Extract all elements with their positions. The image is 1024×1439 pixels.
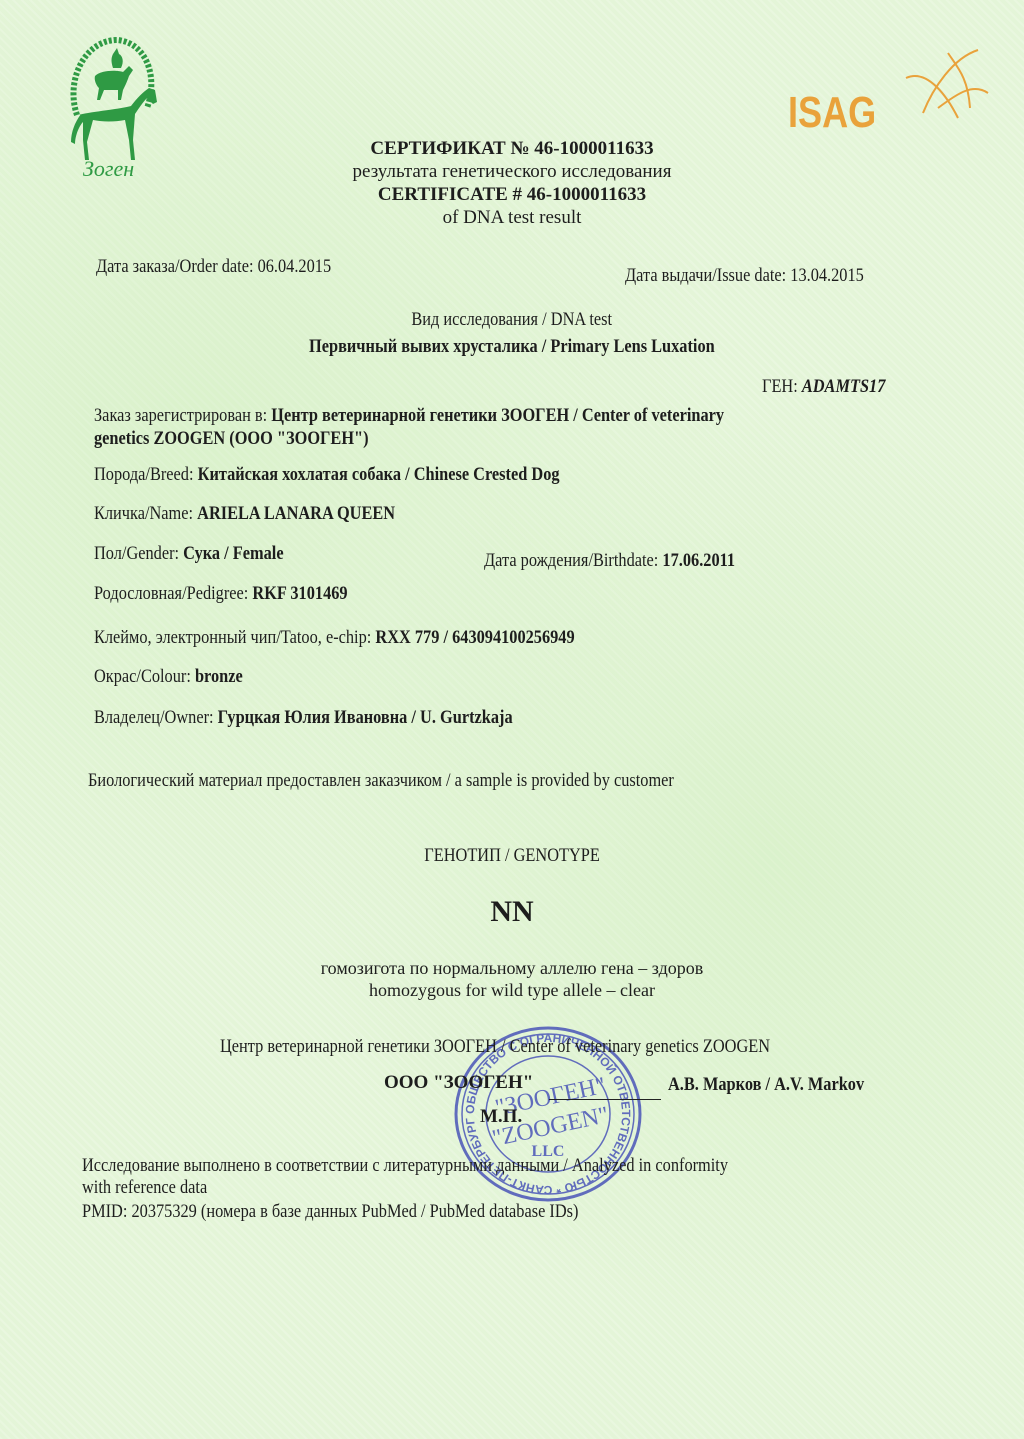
order-date-value: 06.04.2015 — [258, 256, 332, 277]
genotype-description-en: homozygous for wild type allele – clear — [0, 979, 1024, 1001]
issue-date: Дата выдачи/Issue date: 13.04.2015 — [625, 265, 903, 287]
name-value: ARIELA LANARA QUEEN — [197, 503, 395, 524]
dna-helix-icon — [898, 38, 998, 128]
signature-org: ООО "ЗООГЕН" — [384, 1072, 533, 1094]
genotype-description: гомозигота по нормальному аллелю гена – … — [0, 957, 1024, 1001]
gender: Пол/Gender: Сука / Female — [94, 543, 314, 565]
breed-label: Порода/Breed: — [94, 464, 194, 485]
birthdate-label: Дата рождения/Birthdate: — [484, 550, 658, 571]
signature-signer: А.В. Марков / A.V. Markov — [668, 1074, 896, 1096]
isag-logo: ISAG — [788, 50, 998, 150]
owner-value: Гурцкая Юлия Ивановна / U. Gurtzkaja — [218, 707, 513, 728]
dna-test-name: Первичный вывих хрусталика / Primary Len… — [0, 336, 1024, 358]
certificate-header: СЕРТИФИКАТ № 46-1000011633 результата ге… — [0, 137, 1024, 229]
breed-value: Китайская хохлатая собака / Chinese Cres… — [198, 464, 560, 485]
gender-value: Сука / Female — [183, 543, 283, 564]
colour: Окрас/Colour: bronze — [94, 666, 267, 688]
colour-value: bronze — [195, 666, 243, 687]
breed: Порода/Breed: Китайская хохлатая собака … — [94, 464, 635, 486]
gene-label: ГЕН: — [762, 376, 798, 397]
genotype-value: NN — [0, 895, 1024, 929]
order-date-label: Дата заказа/Order date: — [96, 256, 254, 277]
certificate-subtitle-ru: результата генетического исследования — [0, 160, 1024, 183]
name-label: Кличка/Name: — [94, 503, 193, 524]
certificate-number-ru: СЕРТИФИКАТ № 46-1000011633 — [0, 137, 1024, 160]
dna-test-type: Вид исследования / DNA test — [0, 309, 1024, 331]
signature-center: Центр ветеринарной генетики ЗООГЕН / Cen… — [220, 1036, 860, 1058]
signature-line — [549, 1099, 661, 1100]
certificate-subtitle-en: of DNA test result — [0, 206, 1024, 229]
pmid-reference: PMID: 20375329 (номера в базе данных Pub… — [82, 1201, 659, 1223]
sample-note: Биологический материал предоставлен зака… — [88, 770, 769, 792]
pedigree: Родословная/Pedigree: RKF 3101469 — [94, 583, 389, 605]
registered-at: Заказ зарегистрирован в: Центр ветеринар… — [94, 404, 827, 450]
genotype-heading: ГЕНОТИП / GENOTYPE — [0, 845, 1024, 867]
gene-value: ADAMTS17 — [802, 376, 886, 397]
certificate-number-en: CERTIFICATE # 46-1000011633 — [0, 183, 1024, 206]
stamp-place-label: М.П. — [480, 1106, 522, 1128]
pedigree-label: Родословная/Pedigree: — [94, 583, 248, 604]
gene: ГЕН: ADAMTS17 — [762, 376, 905, 398]
registered-value: Центр ветеринарной генетики ЗООГЕН / Cen… — [271, 405, 724, 426]
owner: Владелец/Owner: Гурцкая Юлия Ивановна / … — [94, 707, 581, 729]
birthdate-value: 17.06.2011 — [662, 550, 735, 571]
registered-label: Заказ зарегистрирован в: — [94, 405, 267, 426]
genotype-description-ru: гомозигота по нормальному аллелю гена – … — [0, 957, 1024, 979]
conformity-note: Исследование выполнено в соответствии с … — [82, 1155, 833, 1199]
issue-date-label: Дата выдачи/Issue date: — [625, 265, 786, 286]
chip-label: Клеймо, электронный чип/Tatoo, e-chip: — [94, 627, 371, 648]
pedigree-value: RKF 3101469 — [252, 583, 347, 604]
order-date: Дата заказа/Order date: 06.04.2015 — [96, 256, 369, 278]
owner-label: Владелец/Owner: — [94, 707, 214, 728]
chip: Клеймо, электронный чип/Tatoo, e-chip: R… — [94, 627, 653, 649]
colour-label: Окрас/Colour: — [94, 666, 191, 687]
isag-text: ISAG — [788, 88, 876, 138]
chip-value: RXX 779 / 643094100256949 — [375, 627, 574, 648]
gender-label: Пол/Gender: — [94, 543, 179, 564]
dog-name: Кличка/Name: ARIELA LANARA QUEEN — [94, 503, 444, 525]
issue-date-value: 13.04.2015 — [790, 265, 864, 286]
birthdate: Дата рождения/Birthdate: 17.06.2011 — [484, 550, 776, 572]
